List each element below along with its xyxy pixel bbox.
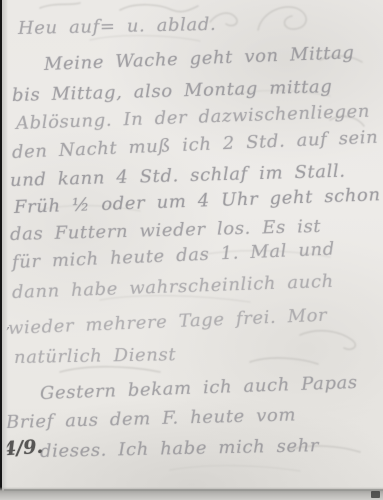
handwritten-line: dann habe wahrscheinlich auch [12, 271, 334, 303]
handwritten-line: Gestern bekam ich auch Papas [40, 372, 358, 404]
handwritten-line: wieder mehrere Tage frei. Mor [8, 305, 328, 339]
handwritten-line: dieses. Ich habe mich sehr [40, 435, 320, 462]
scan-edge-bottom-line [4, 489, 383, 491]
handwritten-line: Meine Wache geht von Mittag [44, 42, 355, 75]
scan-edge-left-shadow [2, 0, 8, 500]
scan-edge-left-line [0, 0, 2, 500]
scan-corner-mark [371, 491, 380, 498]
margin-date-mark: 4/9. [2, 436, 43, 461]
handwritten-line: Brief aus dem F. heute vom [6, 404, 297, 433]
handwritten-line: Heu auf= u. ablad. [18, 14, 217, 39]
handwritten-line: natürlich Dienst [14, 344, 177, 368]
letter-scan-page: Heu auf= u. ablad. Meine Wache geht von … [0, 0, 383, 500]
handwritten-line: bis Mittag, also Montag mittag [12, 76, 333, 106]
